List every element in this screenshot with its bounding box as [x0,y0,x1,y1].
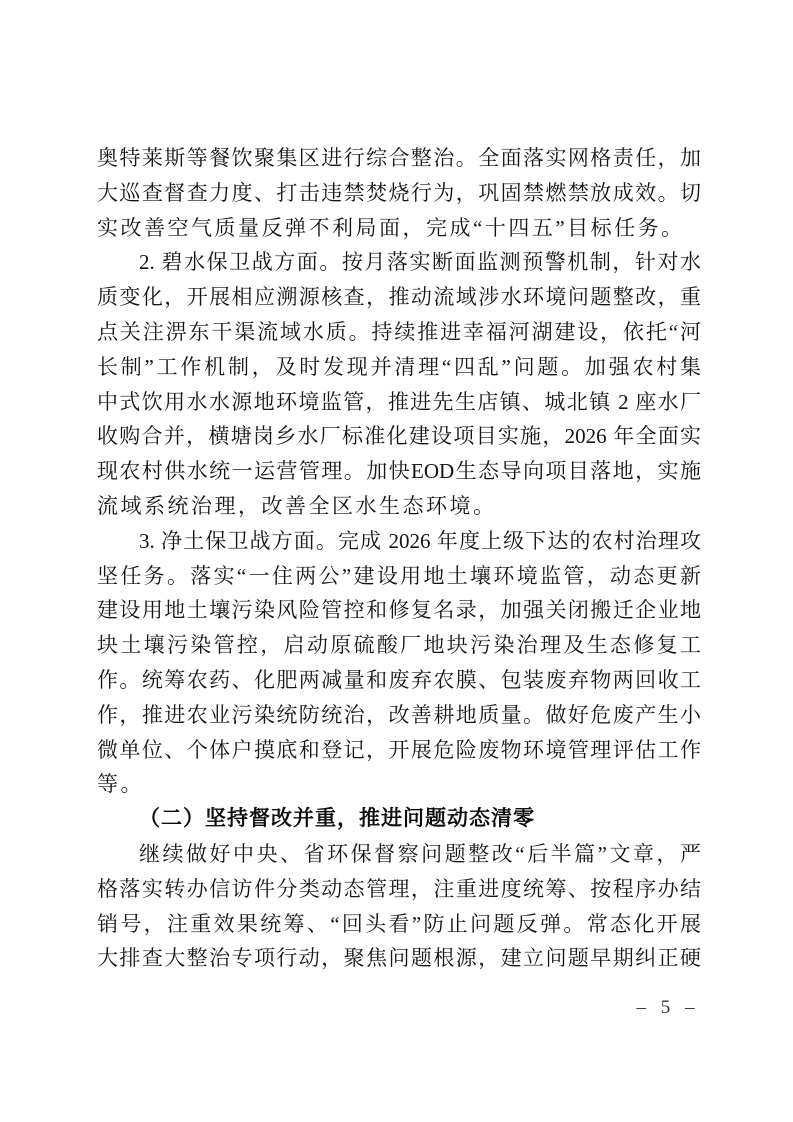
text-line: 中式饮用水水源地环境监管，推进先生店镇、城北镇 2 座水厂 [97,385,701,420]
text-line: 质变化，开展相应溯源核查，推动流域涉水环境问题整改，重 [97,280,701,315]
text-line: 点关注淠东干渠流域水质。持续推进幸福河湖建设，依托“河 [97,315,701,350]
text-line: 流域系统治理，改善全区水生态环境。 [97,489,701,524]
text-line: 现农村供水统一运营管理。加快EOD生态导向项目落地，实施 [97,454,701,489]
heading-line: （二）坚持督改并重，推进问题动态清零 [97,802,701,837]
body-paragraph: 2. 碧水保卫战方面。按月落实断面监测预警机制，针对水质变化，开展相应溯源核查，… [97,245,701,523]
text-line: 等。 [97,767,701,802]
page-number: – 5 – [598,997,738,1019]
body-paragraph: 奥特莱斯等餐饮聚集区进行综合整治。全面落实网格责任，加大巡查督查力度、打击违禁焚… [97,141,701,245]
text-line: 2. 碧水保卫战方面。按月落实断面监测预警机制，针对水 [97,245,701,280]
text-line: 销号，注重效果统筹、“回头看”防止问题反弹。常态化开展 [97,907,701,942]
body-paragraph: 3. 净土保卫战方面。完成 2026 年度上级下达的农村治理攻坚任务。落实“一住… [97,524,701,802]
text-line: 作，推进农业污染统防统治，改善耕地质量。做好危废产生小 [97,698,701,733]
text-line: 3. 净土保卫战方面。完成 2026 年度上级下达的农村治理攻 [97,524,701,559]
section-heading: （二）坚持督改并重，推进问题动态清零 [97,802,701,837]
text-line: 大排查大整治专项行动，聚焦问题根源，建立问题早期纠正硬 [97,941,701,976]
body-paragraph: 继续做好中央、省环保督察问题整改“后半篇”文章，严格落实转办信访件分类动态管理，… [97,837,701,976]
text-line: 实改善空气质量反弹不利局面，完成“十四五”目标任务。 [97,211,701,246]
text-line: 格落实转办信访件分类动态管理，注重进度统筹、按程序办结 [97,872,701,907]
document-body: 奥特莱斯等餐饮聚集区进行综合整治。全面落实网格责任，加大巡查督查力度、打击违禁焚… [97,141,701,976]
text-line: 长制”工作机制，及时发现并清理“四乱”问题。加强农村集 [97,350,701,385]
text-line: 微单位、个体户摸底和登记，开展危险废物环境管理评估工作 [97,733,701,768]
text-line: 奥特莱斯等餐饮聚集区进行综合整治。全面落实网格责任，加 [97,141,701,176]
text-line: 作。统筹农药、化肥两减量和废弃农膜、包装废弃物两回收工 [97,663,701,698]
text-line: 建设用地土壤污染风险管控和修复名录，加强关闭搬迁企业地 [97,593,701,628]
text-line: 大巡查督查力度、打击违禁焚烧行为，巩固禁燃禁放成效。切 [97,176,701,211]
document-page: 奥特莱斯等餐饮聚集区进行综合整治。全面落实网格责任，加大巡查督查力度、打击违禁焚… [0,0,793,1122]
text-line: 收购合并，横塘岗乡水厂标准化建设项目实施，2026 年全面实 [97,419,701,454]
text-line: 坚任务。落实“一住两公”建设用地土壤环境监管，动态更新 [97,559,701,594]
text-line: 继续做好中央、省环保督察问题整改“后半篇”文章，严 [97,837,701,872]
text-line: 块土壤污染管控，启动原硫酸厂地块污染治理及生态修复工 [97,628,701,663]
